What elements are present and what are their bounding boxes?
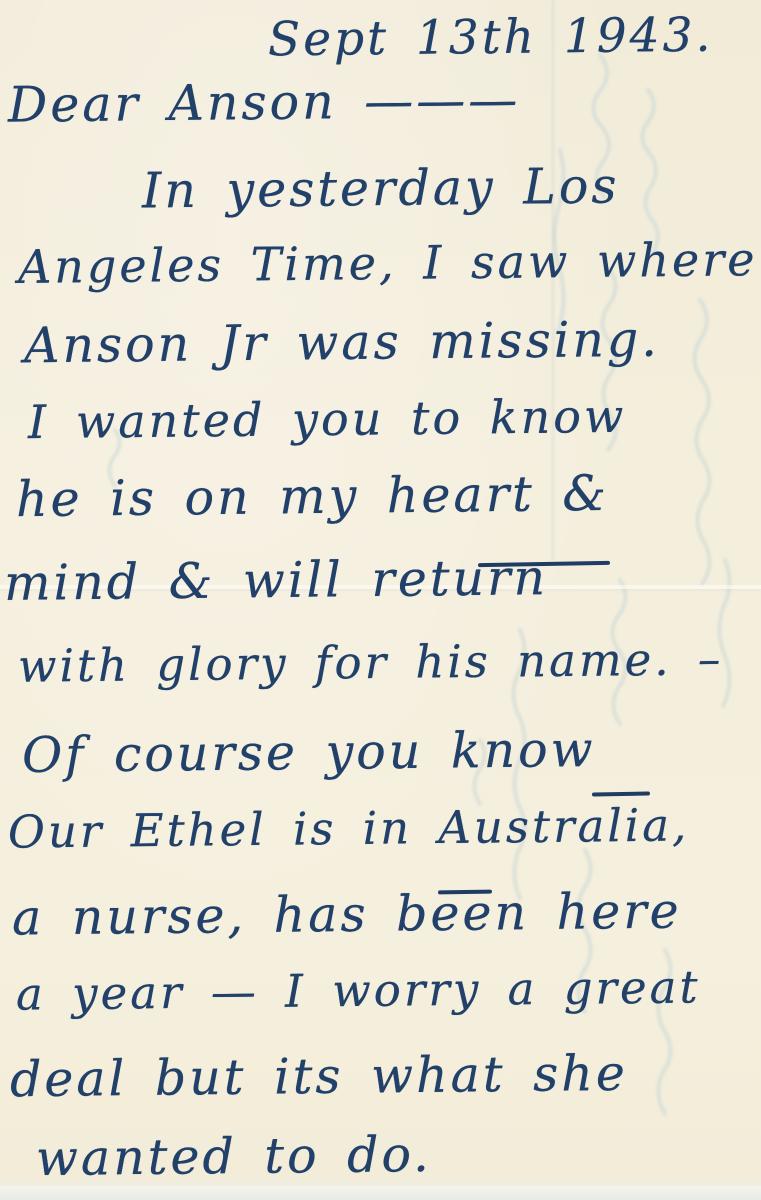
letter-line: I wanted you to know	[28, 389, 627, 449]
letter-line: Anson Jr was missing.	[24, 311, 660, 375]
ink-overline-australia	[592, 791, 650, 796]
letter-line: wanted to do.	[36, 1126, 432, 1187]
letter-salutation: Dear Anson ———	[8, 71, 521, 133]
letter-line: a year — I worry a great	[16, 960, 701, 1020]
letter-line: deal but its what she	[10, 1045, 628, 1108]
paper-bottom-edge	[0, 1186, 761, 1200]
letter-line: with glory for his name. –	[18, 632, 724, 692]
letter-line: mind & will return	[4, 549, 549, 612]
letter-line: he is on my heart &	[16, 465, 610, 528]
letter-line: a nurse, has been here	[12, 882, 682, 946]
letter-line: In yesterday Los	[142, 158, 620, 220]
letter-date: Sept 13th 1943.	[268, 8, 714, 68]
letter-line: Of course you know	[22, 721, 596, 784]
letter-page: Sept 13th 1943. Dear Anson ——— In yester…	[0, 0, 761, 1200]
letter-line: Angeles Time, I saw where	[18, 232, 758, 294]
letter-line: Our Ethel is in Australia,	[8, 798, 690, 858]
